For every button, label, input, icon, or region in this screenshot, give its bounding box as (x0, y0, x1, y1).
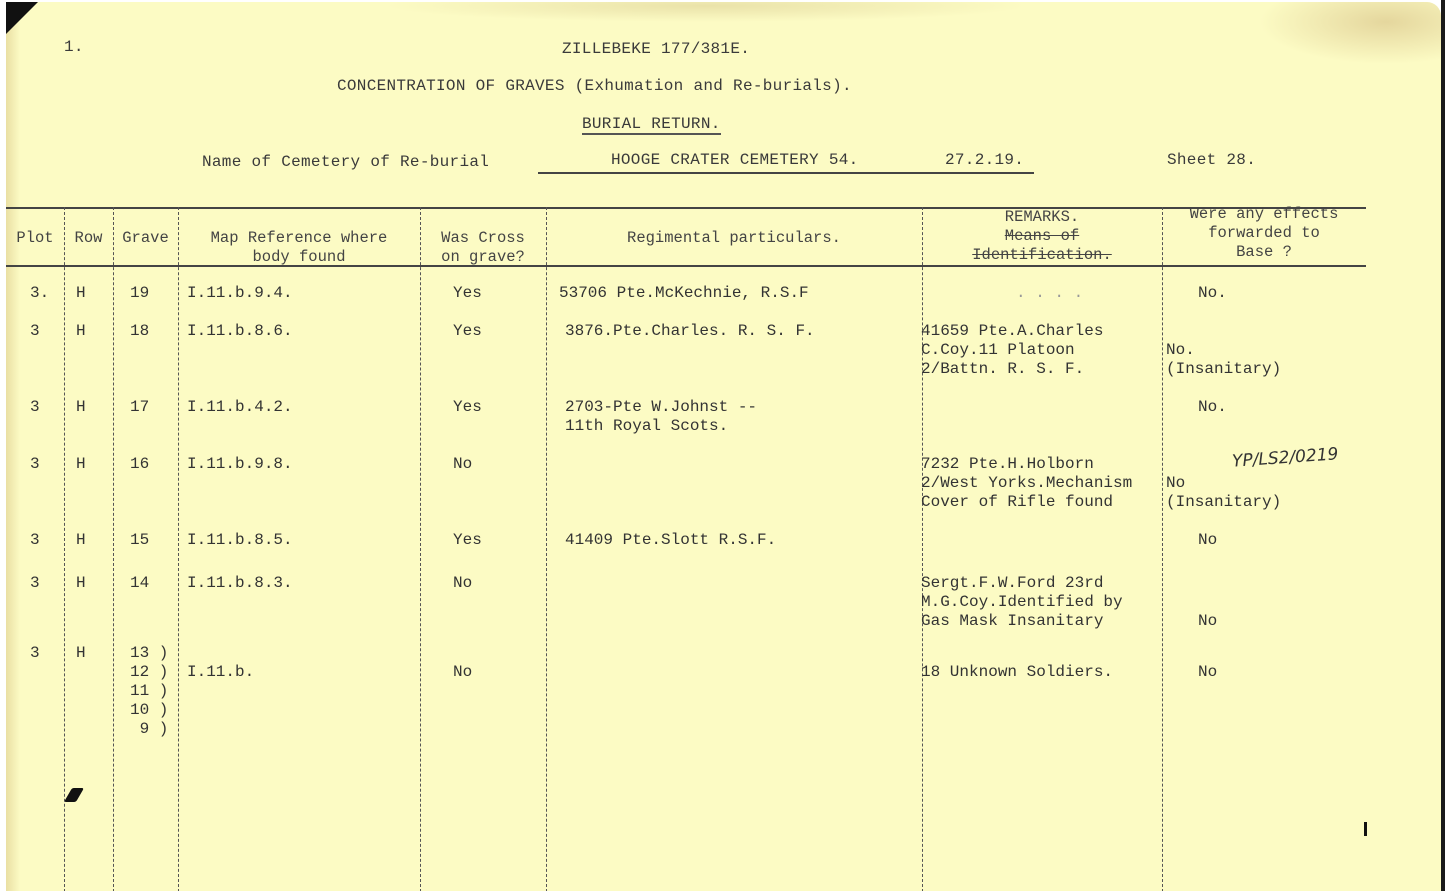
cell-effects: No (1198, 612, 1217, 631)
cell-remarks: Sergt.F.W.Ford 23rd M.G.Coy.Identified b… (921, 574, 1123, 631)
cell-cross: No (453, 663, 472, 682)
cell-map-reference: I.11.b. (187, 663, 254, 682)
cell-row: H (76, 322, 86, 341)
cell-cross: No (453, 455, 472, 474)
header-remarks-title: REMARKS. (922, 208, 1162, 227)
cell-regimental: 41409 Pte.Slott R.S.F. (565, 531, 776, 550)
header-effects: Were any effects forwarded to Base ? (1162, 205, 1366, 262)
cell-plot: 3 (30, 531, 40, 550)
cell-plot: 3 (30, 398, 40, 417)
cell-effects: No. (1198, 398, 1227, 417)
cemetery-underline (538, 172, 1034, 174)
header-map-reference: Map Reference where body found (178, 229, 420, 267)
cell-effects: No. (Insanitary) (1166, 341, 1281, 379)
cell-map-reference: I.11.b.8.6. (187, 322, 293, 341)
scan-edge (1441, 0, 1445, 891)
cell-grave: 13 ) 12 ) 11 ) 10 ) 9 ) (130, 644, 168, 739)
header-plot: Plot (6, 229, 64, 248)
ink-blot (64, 788, 84, 802)
sheet-number: Sheet 28. (1167, 151, 1256, 169)
cell-remarks: . . . . (1016, 284, 1083, 303)
cell-map-reference: I.11.b.9.8. (187, 455, 293, 474)
header-regimental: Regimental particulars. (546, 229, 922, 248)
cell-map-reference: I.11.b.8.5. (187, 531, 293, 550)
column-divider (64, 207, 65, 891)
cemetery-label: Name of Cemetery of Re-burial (202, 153, 489, 171)
cell-grave: 14 (130, 574, 149, 593)
folded-corner (6, 2, 38, 34)
column-divider (922, 207, 923, 891)
cell-grave: 15 (130, 531, 149, 550)
cell-remarks: 18 Unknown Soldiers. (921, 663, 1113, 682)
ink-mark (1364, 822, 1367, 836)
reference-code: ZILLEBEKE 177/381E. (562, 40, 750, 58)
cell-grave: 19 (130, 284, 149, 303)
header-remarks-sub: Identification. (922, 246, 1162, 265)
cell-plot: 3 (30, 322, 40, 341)
header-remarks-struck: Means of (922, 227, 1162, 246)
header-cross-on-grave: Was Cross on grave? (420, 229, 546, 267)
header-remarks: REMARKS. Means of Identification. (922, 208, 1162, 265)
document-title: CONCENTRATION OF GRAVES (Exhumation and … (337, 77, 852, 95)
cemetery-name: HOOGE CRATER CEMETERY 54. (611, 151, 859, 169)
cell-regimental: 53706 Pte.McKechnie, R.S.F (559, 284, 809, 303)
cell-plot: 3. (30, 284, 49, 303)
handwritten-reference: YP/LS2/0219 (1231, 444, 1339, 471)
document-subtitle: BURIAL RETURN. (582, 115, 721, 135)
cell-effects: No (1198, 531, 1217, 550)
column-divider (1162, 207, 1163, 891)
cell-regimental: 2703-Pte W.Johnst -- 11th Royal Scots. (565, 398, 757, 436)
cell-row: H (76, 574, 86, 593)
column-divider (420, 207, 421, 891)
column-divider (546, 207, 547, 891)
cell-row: H (76, 398, 86, 417)
cell-plot: 3 (30, 455, 40, 474)
cell-regimental: 3876.Pte.Charles. R. S. F. (565, 322, 815, 341)
cell-cross: Yes (453, 322, 482, 341)
cell-map-reference: I.11.b.8.3. (187, 574, 293, 593)
cell-effects: No (Insanitary) (1166, 474, 1281, 512)
cell-grave: 18 (130, 322, 149, 341)
cell-effects: No. (1198, 284, 1227, 303)
cell-row: H (76, 455, 86, 474)
cell-row: H (76, 284, 86, 303)
burial-return-sheet: 1. ZILLEBEKE 177/381E. CONCENTRATION OF … (6, 2, 1441, 891)
column-divider (178, 207, 179, 891)
cell-row: H (76, 531, 86, 550)
cell-cross: Yes (453, 398, 482, 417)
cell-map-reference: I.11.b.9.4. (187, 284, 293, 303)
column-divider (113, 207, 114, 891)
cell-row: H (76, 644, 86, 663)
cell-cross: No (453, 574, 472, 593)
cell-remarks: 41659 Pte.A.Charles C.Coy.11 Platoon 2/B… (921, 322, 1103, 379)
cell-remarks: 7232 Pte.H.Holborn 2/West Yorks.Mechanis… (921, 455, 1132, 512)
header-row: Row (64, 229, 113, 248)
cell-grave: 16 (130, 455, 149, 474)
cell-map-reference: I.11.b.4.2. (187, 398, 293, 417)
return-date: 27.2.19. (945, 151, 1024, 169)
cell-cross: Yes (453, 531, 482, 550)
header-grave: Grave (113, 229, 178, 248)
cell-plot: 3 (30, 644, 40, 663)
cell-cross: Yes (453, 284, 482, 303)
cell-plot: 3 (30, 574, 40, 593)
cell-grave: 17 (130, 398, 149, 417)
page-number: 1. (64, 38, 84, 56)
cell-effects: No (1198, 663, 1217, 682)
